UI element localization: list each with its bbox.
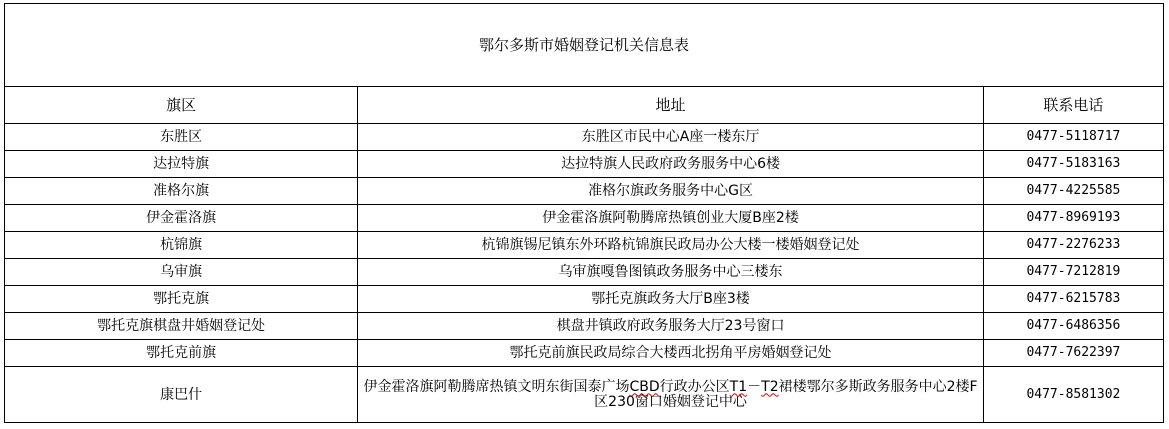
address-cell[interactable]: 达拉特旗人民政府政务服务中心6楼: [358, 151, 984, 178]
spellcheck-flagged-word: CBD: [630, 379, 660, 395]
address-cell[interactable]: 鄂托克前旗民政局综合大楼西北拐角平房婚姻登记处: [358, 340, 984, 367]
address-text: 行政办公区: [660, 379, 730, 395]
spellcheck-flagged-word: T2: [761, 379, 778, 395]
address-cell[interactable]: 乌审旗嘎鲁图镇政务服务中心三楼东: [358, 259, 984, 286]
table-row: 康巴什 伊金霍洛旗阿勒腾席热镇文明东街国泰广场CBD行政办公区T1－T2裙楼鄂尔…: [5, 367, 1164, 423]
district-cell[interactable]: 康巴什: [5, 367, 358, 423]
address-cell[interactable]: 杭锦旗锡尼镇东外环路杭锦旗民政局办公大楼一楼婚姻登记处: [358, 232, 984, 259]
header-phone: 联系电话: [1043, 96, 1103, 114]
address-text: 伊金霍洛旗阿勒腾席热镇文明东街国泰广场: [364, 379, 630, 395]
phone-cell[interactable]: 0477-5183163: [983, 151, 1163, 178]
table-title-cell[interactable]: 鄂尔多斯市婚姻登记机关信息表: [5, 4, 1164, 87]
table-row: 乌审旗 乌审旗嘎鲁图镇政务服务中心三楼东 0477-7212819: [5, 259, 1164, 286]
phone-cell[interactable]: 0477-6215783: [983, 286, 1163, 313]
table-title: 鄂尔多斯市婚姻登记机关信息表: [479, 36, 689, 54]
spellcheck-flagged-word: T1: [730, 379, 747, 395]
district-cell[interactable]: 达拉特旗: [5, 151, 358, 178]
district-cell[interactable]: 准格尔旗: [5, 178, 358, 205]
table-row: 东胜区 东胜区市民中心A座一楼东厅 0477-5118717: [5, 124, 1164, 151]
district-cell[interactable]: 杭锦旗: [5, 232, 358, 259]
table-row: 达拉特旗 达拉特旗人民政府政务服务中心6楼 0477-5183163: [5, 151, 1164, 178]
address-cell[interactable]: 准格尔旗政务服务中心G区: [358, 178, 984, 205]
phone-cell[interactable]: 0477-4225585: [983, 178, 1163, 205]
address-cell[interactable]: 伊金霍洛旗阿勒腾席热镇文明东街国泰广场CBD行政办公区T1－T2裙楼鄂尔多斯政务…: [358, 367, 984, 423]
address-cell[interactable]: 棋盘井镇政府政务服务大厅23号窗口: [358, 313, 984, 340]
address-cell[interactable]: 伊金霍洛旗阿勒腾席热镇创业大厦B座2楼: [358, 205, 984, 232]
district-cell[interactable]: 鄂托克旗: [5, 286, 358, 313]
phone-cell[interactable]: 0477-6486356: [983, 313, 1163, 340]
phone-cell[interactable]: 0477-7212819: [983, 259, 1163, 286]
spreadsheet-sheet: 鄂尔多斯市婚姻登记机关信息表 旗区 地址 联系电话 东胜区 东胜区市民中心A座一…: [4, 3, 1164, 423]
phone-cell[interactable]: 0477-5118717: [983, 124, 1163, 151]
title-row: 鄂尔多斯市婚姻登记机关信息表: [5, 4, 1164, 87]
header-district: 旗区: [166, 96, 196, 114]
header-address-cell[interactable]: 地址: [358, 87, 984, 124]
phone-cell[interactable]: 0477-8581302: [983, 367, 1163, 423]
address-cell[interactable]: 东胜区市民中心A座一楼东厅: [358, 124, 984, 151]
marriage-registration-table: 鄂尔多斯市婚姻登记机关信息表 旗区 地址 联系电话 东胜区 东胜区市民中心A座一…: [4, 3, 1164, 423]
phone-cell[interactable]: 0477-2276233: [983, 232, 1163, 259]
table-row: 伊金霍洛旗 伊金霍洛旗阿勒腾席热镇创业大厦B座2楼 0477-8969193: [5, 205, 1164, 232]
phone-cell[interactable]: 0477-7622397: [983, 340, 1163, 367]
table-row: 杭锦旗 杭锦旗锡尼镇东外环路杭锦旗民政局办公大楼一楼婚姻登记处 0477-227…: [5, 232, 1164, 259]
phone-cell[interactable]: 0477-8969193: [983, 205, 1163, 232]
table-row: 准格尔旗 准格尔旗政务服务中心G区 0477-4225585: [5, 178, 1164, 205]
district-cell[interactable]: 鄂托克旗棋盘井婚姻登记处: [5, 313, 358, 340]
district-cell[interactable]: 鄂托克前旗: [5, 340, 358, 367]
district-cell[interactable]: 东胜区: [5, 124, 358, 151]
table-row: 鄂托克旗 鄂托克旗政务大厅B座3楼 0477-6215783: [5, 286, 1164, 313]
header-district-cell[interactable]: 旗区: [5, 87, 358, 124]
address-text: －: [747, 379, 761, 395]
table-row: 鄂托克旗棋盘井婚姻登记处 棋盘井镇政府政务服务大厅23号窗口 0477-6486…: [5, 313, 1164, 340]
table-row: 鄂托克前旗 鄂托克前旗民政局综合大楼西北拐角平房婚姻登记处 0477-76223…: [5, 340, 1164, 367]
header-phone-cell[interactable]: 联系电话: [983, 87, 1163, 124]
address-cell[interactable]: 鄂托克旗政务大厅B座3楼: [358, 286, 984, 313]
district-cell[interactable]: 伊金霍洛旗: [5, 205, 358, 232]
header-address: 地址: [656, 96, 686, 114]
district-cell[interactable]: 乌审旗: [5, 259, 358, 286]
header-row: 旗区 地址 联系电话: [5, 87, 1164, 124]
